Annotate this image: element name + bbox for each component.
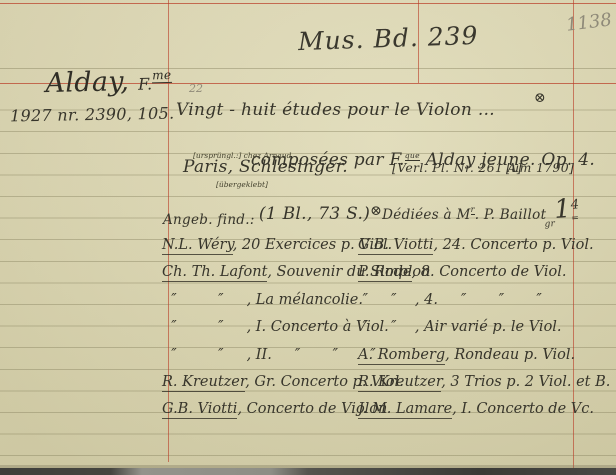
work-title: ″ ″ , II. ″ ″ ″ — [162, 347, 376, 363]
list-item: ″ ″ , I. Concerto à Viol. — [162, 319, 389, 335]
author-name: R. Kreutzer — [162, 374, 245, 392]
list-row: ″ ″ , La mélancolie. ″ ″ , 4. ″ ″ ″ — [0, 292, 616, 316]
list-item: J. M. Lamare, I. Concerto de Vc. — [358, 401, 594, 417]
accession-number: 1927 nr. 2390, 105. — [10, 104, 175, 126]
list-item: P. Rode, 8. Concerto de Viol. — [358, 264, 566, 280]
collation: (1 Bl., 73 S.) — [259, 204, 370, 224]
list-row: R. Kreutzer, Gr. Concerto p. Viol. R. Kr… — [0, 374, 616, 398]
author-name: P. Rode — [358, 264, 412, 282]
list-item: ″ ″ , La mélancolie. — [162, 292, 363, 308]
price-underline-mark: = — [571, 213, 580, 224]
price-prefix: gr — [544, 219, 555, 230]
entry-title: Vingt - huit études pour le Violon … — [176, 100, 495, 120]
dedication-text: Dédiées à M — [382, 207, 470, 223]
list-item: ″ ″ , Air varié p. le Viol. — [358, 319, 562, 335]
shelfmark: Mus. Bd. 239 — [298, 21, 479, 56]
list-item: R. Kreutzer, 3 Trios p. 2 Viol. et B. — [358, 374, 610, 390]
work-title: ″ ″ , I. Concerto à Viol. — [162, 319, 389, 335]
red-top-rule — [0, 3, 616, 4]
work-title: , 3 Trios p. 2 Viol. et B. — [441, 374, 610, 390]
list-item: ″ ″ , 4. ″ ″ ″ — [358, 292, 542, 308]
circled-x-mark-dedication: ⊗ — [370, 203, 382, 219]
circled-x-mark: ⊗ — [534, 90, 546, 106]
date-note: [um 1790] — [506, 160, 574, 175]
author-name: Ch. Th. Lafont — [162, 264, 267, 282]
list-item: G.B. Viotti, 24. Concerto p. Viol. — [358, 237, 594, 253]
list-item: ″ ″ , II. ″ ″ ″ — [162, 347, 376, 363]
plate-number-note: [Verl. Pl. Nr. 261 A] — [392, 160, 522, 175]
card-bottom-edge — [0, 468, 616, 475]
work-title: ″ ″ , Air varié p. le Viol. — [358, 319, 562, 335]
author-name: A. Romberg — [358, 347, 445, 365]
pencil-number: 1138 — [565, 9, 613, 35]
list-item: A. Romberg, Rondeau p. Viol. — [358, 347, 575, 363]
catalog-card: 1138 Mus. Bd. 239 Alday, F.me 22 1927 nr… — [0, 0, 616, 475]
entry-collation-line: (1 Bl., 73 S.)⊗Dédiées à Mr. P. Baillot — [236, 184, 546, 244]
author-name: R. Kreutzer — [358, 374, 441, 392]
entry-imprint: Paris, Schlesinger. — [183, 157, 348, 177]
list-row: G.B. Viotti, Concerto de Violon J. M. La… — [0, 401, 616, 425]
work-title: ″ ″ , La mélancolie. — [162, 292, 363, 308]
list-row: N.L. Wéry, 20 Exercices p. Viol. G.B. Vi… — [0, 237, 616, 261]
work-title: , 8. Concerto de Viol. — [412, 264, 567, 280]
list-row: ″ ″ , I. Concerto à Viol. ″ ″ , Air vari… — [0, 319, 616, 343]
author-name: G.B. Viotti — [358, 237, 433, 255]
work-title: , 24. Concerto p. Viol. — [433, 237, 593, 253]
list-header: Angeb. find.: — [163, 212, 255, 228]
author-name: G.B. Viotti — [162, 401, 237, 419]
heading-author-name: Alday, — [45, 66, 138, 99]
work-title: , I. Concerto de Vc. — [452, 401, 594, 417]
price-value: 1 — [553, 194, 572, 225]
price-notation: gr14= — [520, 174, 590, 246]
price-superscript: 4 — [570, 197, 580, 213]
work-title: , Rondeau p. Viol. — [445, 347, 575, 363]
pencil-note: 22 — [189, 82, 203, 95]
author-name: N.L. Wéry — [162, 237, 233, 255]
author-name: J. M. Lamare — [358, 401, 452, 419]
work-title: ″ ″ , 4. ″ ″ ″ — [358, 292, 542, 308]
list-row: ″ ″ , II. ″ ″ ″ A. Romberg, Rondeau p. V… — [0, 347, 616, 371]
list-item: G.B. Viotti, Concerto de Violon — [162, 401, 387, 417]
heading-author-initial: F. — [138, 74, 153, 93]
list-row: Ch. Th. Lafont, Souvenir du Simplon P. R… — [0, 264, 616, 288]
heading-author-suffix: me — [152, 68, 172, 84]
